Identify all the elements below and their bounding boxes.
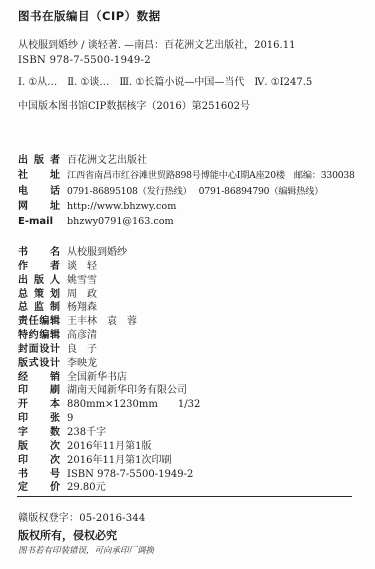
cip-isbn-line: ISBN 978-7-5500-1949-2: [18, 54, 369, 67]
info-row: 印刷湖南天闻新华印务有限公司: [18, 384, 373, 398]
info-row: 版次2016年11月第1版: [18, 440, 373, 454]
info-row: 总监制杨翔森: [18, 301, 373, 315]
info-row: 社址江西省南昌市红谷滩世贸路898号博能中心Ⅰ期A座20楼 邮编：330038: [18, 168, 373, 183]
row-label: E-mail: [18, 214, 60, 229]
row-value: 良 子: [67, 344, 97, 355]
row-value: 江西省南昌市红谷滩世贸路898号博能中心Ⅰ期A座20楼 邮编：330038: [67, 170, 355, 181]
row-label: 出版者: [18, 153, 60, 168]
separator-line: [17, 496, 352, 497]
cip-description-line: 从校服到婚纱 / 谈轻著. —南昌：百花洲文艺出版社，2016.11: [18, 39, 369, 52]
row-value: 李映龙: [67, 358, 97, 369]
info-row: 出版者百花洲文艺出版社: [18, 153, 373, 168]
info-row: 电话0791-86895108（发行热线） 0791-86894790（编辑热线…: [18, 184, 373, 199]
row-label: 网址: [18, 199, 60, 214]
row-label: 书名: [18, 246, 60, 260]
copyright-page: 图书在版编目（CIP）数据 从校服到婚纱 / 谈轻著. —南昌：百花洲文艺出版社…: [0, 0, 375, 569]
row-value: 9: [67, 413, 73, 424]
footer-block: 赣版权登字：05-2016-344 版权所有，侵权必究 图书若有印装错误，可向承…: [18, 511, 369, 559]
row-label: 封面设计: [18, 343, 60, 357]
row-label: 书号: [18, 468, 60, 482]
cip-data-section: 图书在版编目（CIP）数据 从校服到婚纱 / 谈轻著. —南昌：百花洲文艺出版社…: [18, 8, 369, 113]
info-row: 责任编辑王丰林 袁 蓉: [18, 315, 373, 329]
row-value: ISBN 978-7-5500-1949-2: [67, 469, 193, 480]
row-label: 总监制: [18, 301, 60, 315]
row-value: 2016年11月第1次印刷: [67, 455, 172, 466]
row-value: 杨翔森: [67, 302, 97, 313]
row-label: 印次: [18, 454, 60, 468]
row-value: bhzwy0791@163.com: [67, 216, 174, 227]
info-row: 网址http://www.bhzwy.com: [18, 199, 373, 214]
row-label: 责任编辑: [18, 315, 60, 329]
copyright-notice: 版权所有，侵权必究: [18, 527, 369, 544]
info-row: 总策划周 政: [18, 288, 373, 302]
row-label: 印刷: [18, 384, 60, 398]
row-value: http://www.bhzwy.com: [67, 201, 176, 212]
row-label: 特约编辑: [18, 329, 60, 343]
info-row: 定价29.80元: [18, 481, 373, 495]
row-value: 周 政: [67, 289, 97, 300]
row-value: 湖南天闻新华印务有限公司: [67, 385, 187, 396]
cip-record-number: 中国版本图书馆CIP数据核字（2016）第251602号: [18, 100, 369, 113]
row-value: 从校服到婚纱: [67, 247, 127, 258]
row-value: 谈 轻: [67, 261, 97, 272]
info-row: 书号ISBN 978-7-5500-1949-2: [18, 468, 373, 482]
row-value: 全国新华书店: [67, 372, 127, 383]
info-row: 印张9: [18, 412, 373, 426]
row-label: 出版人: [18, 274, 60, 288]
row-label: 开本: [18, 398, 60, 412]
misprint-notice: 图书若有印装错误，可向承印厂调换: [18, 544, 369, 559]
row-label: 社址: [18, 168, 60, 183]
row-label: 版式设计: [18, 357, 60, 371]
info-row: 特约编辑高彦清: [18, 329, 373, 343]
row-value: 百花洲文艺出版社: [67, 155, 147, 166]
row-label: 电话: [18, 184, 60, 199]
publisher-info-block: 出版者百花洲文艺出版社社址江西省南昌市红谷滩世贸路898号博能中心Ⅰ期A座20楼…: [18, 153, 373, 229]
row-value: 238千字: [67, 427, 106, 438]
row-value: 29.80元: [67, 482, 106, 493]
info-row: E-mailbhzwy0791@163.com: [18, 214, 373, 229]
book-info-block: 书名从校服到婚纱作者谈 轻出版人姚雪雪总策划周 政总监制杨翔森责任编辑王丰林 袁…: [18, 246, 373, 495]
row-label: 作者: [18, 260, 60, 274]
info-row: 字数238千字: [18, 426, 373, 440]
row-value: 0791-86895108（发行热线） 0791-86894790（编辑热线）: [67, 186, 323, 197]
copyright-registration: 赣版权登字：05-2016-344: [18, 511, 369, 527]
row-label: 版次: [18, 440, 60, 454]
row-label: 总策划: [18, 288, 60, 302]
cip-title: 图书在版编目（CIP）数据: [18, 8, 369, 24]
row-value: 王丰林 袁 蓉: [67, 316, 137, 327]
cip-classification-line: Ⅰ. ①从… Ⅱ. ①谈… Ⅲ. ①长篇小说—中国—当代 Ⅳ. ①I247.5: [18, 76, 369, 89]
info-row: 作者谈 轻: [18, 260, 373, 274]
row-value: 880mm×1230mm 1/32: [67, 399, 200, 410]
info-row: 版式设计李映龙: [18, 357, 373, 371]
info-row: 封面设计良 子: [18, 343, 373, 357]
row-value: 2016年11月第1版: [67, 441, 152, 452]
row-label: 定价: [18, 481, 60, 495]
info-row: 印次2016年11月第1次印刷: [18, 454, 373, 468]
row-label: 经销: [18, 371, 60, 385]
info-row: 开本880mm×1230mm 1/32: [18, 398, 373, 412]
info-row: 经销全国新华书店: [18, 371, 373, 385]
row-value: 姚雪雪: [67, 275, 97, 286]
row-label: 印张: [18, 412, 60, 426]
info-row: 出版人姚雪雪: [18, 274, 373, 288]
info-row: 书名从校服到婚纱: [18, 246, 373, 260]
row-label: 字数: [18, 426, 60, 440]
row-value: 高彦清: [67, 330, 97, 341]
